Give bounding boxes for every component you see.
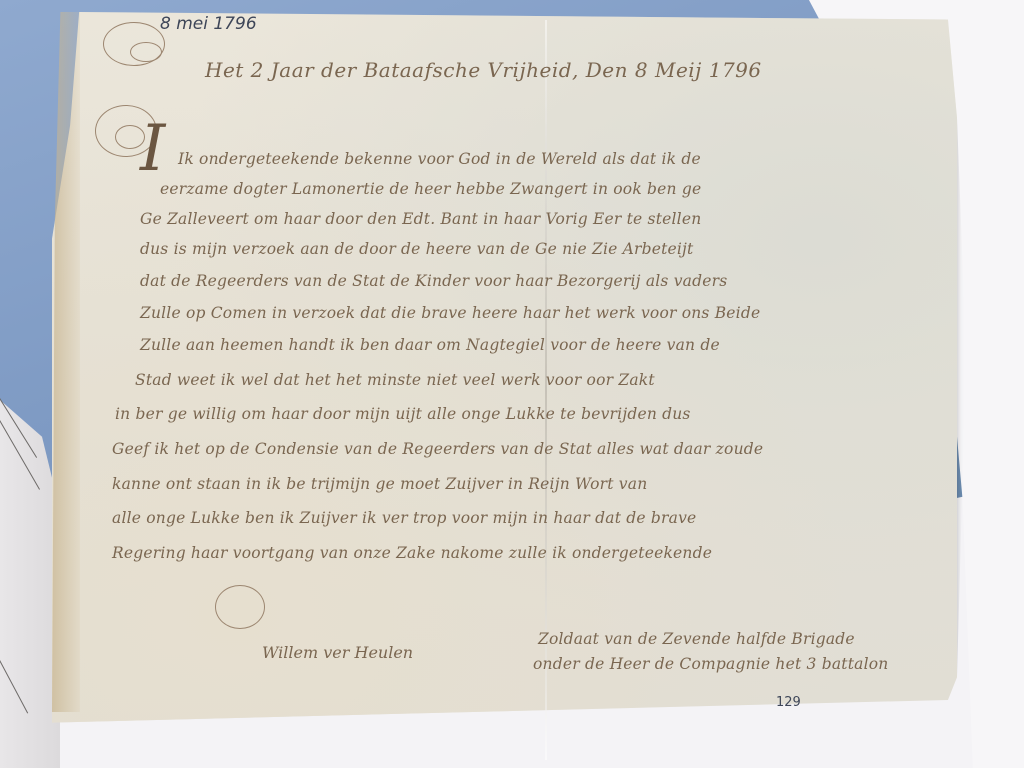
body-line-7: Zulle aan heemen handt ik ben daar om Na… [140, 336, 720, 354]
body-line-4: dus is mijn verzoek aan de door de heere… [140, 240, 694, 258]
ornamental-flourish [130, 42, 162, 62]
signature-note-line-2: onder de Heer de Compagnie het 3 battalo… [533, 655, 888, 673]
ornamental-flourish [215, 585, 265, 629]
body-line-1: Ik ondergeteekende bekenne voor God in d… [178, 150, 701, 168]
archive-date-note: 8 mei 1796 [160, 14, 257, 34]
body-line-13: Regering haar voortgang van onze Zake na… [112, 544, 712, 562]
body-line-11: kanne ont staan in ik be trijmijn ge moe… [112, 475, 647, 493]
drop-cap-initial: I [140, 112, 165, 186]
body-line-5: dat de Regeerders van de Stat de Kinder … [140, 272, 727, 290]
body-line-3: Ge Zalleveert om haar door den Edt. Bant… [140, 210, 701, 228]
document-heading: Het 2 Jaar der Bataafsche Vrijheid, Den … [205, 58, 762, 82]
signature-note-line-1: Zoldaat van de Zevende halfde Brigade [538, 630, 855, 648]
body-line-8: Stad weet ik wel dat het het minste niet… [135, 371, 655, 389]
body-line-9: in ber ge willig om haar door mijn uijt … [115, 405, 691, 423]
body-line-6: Zulle op Comen in verzoek dat die brave … [140, 304, 760, 322]
body-line-12: alle onge Lukke ben ik Zuijver ik ver tr… [112, 509, 696, 527]
body-line-10: Geef ik het op de Condensie van de Regee… [112, 440, 763, 458]
signature: Willem ver Heulen [262, 643, 413, 662]
archive-page-number: 129 [776, 695, 801, 710]
body-line-2: eerzame dogter Lamonertie de heer hebbe … [160, 180, 701, 198]
paper-fold-line [545, 20, 547, 760]
